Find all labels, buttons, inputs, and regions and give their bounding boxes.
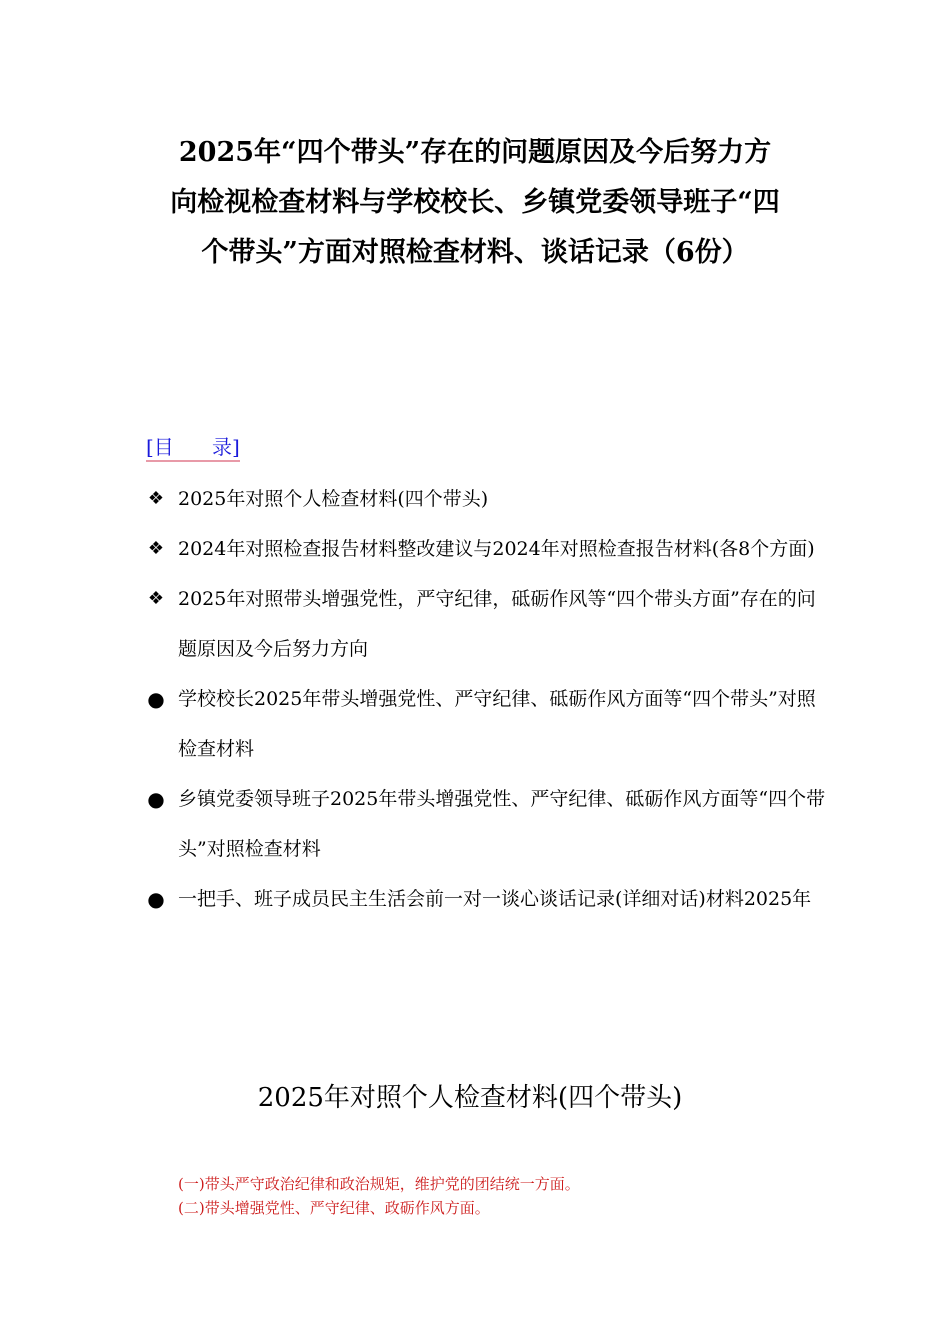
toc-heading-link[interactable]: [目 录] (146, 434, 240, 462)
toc-item-label: 2025年对照带头增强党性，严守纪律，砥砺作风等“四个带头方面”存在的问题原因及… (178, 588, 816, 660)
subheading-line: (一)带头严守政治纪律和政治规矩，维护党的团结统一方面。 (178, 1172, 580, 1196)
document-page: 2025年“四个带头”存在的问题原因及今后努力方 向检视检查材料与学校校长、乡镇… (0, 0, 950, 1344)
section-subheadings: (一)带头严守政治纪律和政治规矩，维护党的团结统一方面。 (二)带头增强党性、严… (178, 1172, 580, 1220)
toc-item[interactable]: ❖ 2024年对照检查报告材料整改建议与2024年对照检查报告材料(各8个方面) (146, 524, 826, 574)
title-line: 2025年“四个带头”存在的问题原因及今后努力方 (140, 128, 810, 178)
toc-list: ❖ 2025年对照个人检查材料(四个带头) ❖ 2024年对照检查报告材料整改建… (146, 474, 826, 924)
diamond-bullet-icon: ❖ (146, 574, 166, 624)
toc-item[interactable]: ● 乡镇党委领导班子2025年带头增强党性、严守纪律、砥砺作风方面等“四个带头”… (146, 774, 826, 874)
title-line: 向检视检查材料与学校校长、乡镇党委领导班子“四 (140, 178, 810, 228)
diamond-bullet-icon: ❖ (146, 474, 166, 524)
circle-bullet-icon: ● (146, 874, 166, 924)
toc-item[interactable]: ● 一把手、班子成员民主生活会前一对一谈心谈话记录(详细对话)材料2025年 (146, 874, 826, 924)
toc-item[interactable]: ❖ 2025年对照带头增强党性，严守纪律，砥砺作风等“四个带头方面”存在的问题原… (146, 574, 826, 674)
toc-item-label: 学校校长2025年带头增强党性、严守纪律、砥砺作风方面等“四个带头”对照检查材料 (178, 688, 816, 760)
document-title: 2025年“四个带头”存在的问题原因及今后努力方 向检视检查材料与学校校长、乡镇… (140, 128, 810, 278)
toc-item[interactable]: ● 学校校长2025年带头增强党性、严守纪律、砥砺作风方面等“四个带头”对照检查… (146, 674, 826, 774)
toc-item-label: 2024年对照检查报告材料整改建议与2024年对照检查报告材料(各8个方面) (178, 538, 815, 560)
toc-item-label: 2025年对照个人检查材料(四个带头) (178, 488, 488, 510)
toc-item-label: 乡镇党委领导班子2025年带头增强党性、严守纪律、砥砺作风方面等“四个带头”对照… (178, 788, 825, 860)
toc-item-label: 一把手、班子成员民主生活会前一对一谈心谈话记录(详细对话)材料2025年 (178, 888, 811, 910)
title-line: 个带头”方面对照检查材料、谈话记录（6份） (140, 228, 810, 278)
circle-bullet-icon: ● (146, 674, 166, 724)
circle-bullet-icon: ● (146, 774, 166, 824)
section-title: 2025年对照个人检查材料(四个带头) (170, 1078, 770, 1118)
toc-item[interactable]: ❖ 2025年对照个人检查材料(四个带头) (146, 474, 826, 524)
diamond-bullet-icon: ❖ (146, 524, 166, 574)
subheading-line: (二)带头增强党性、严守纪律、政砺作风方面。 (178, 1196, 580, 1220)
